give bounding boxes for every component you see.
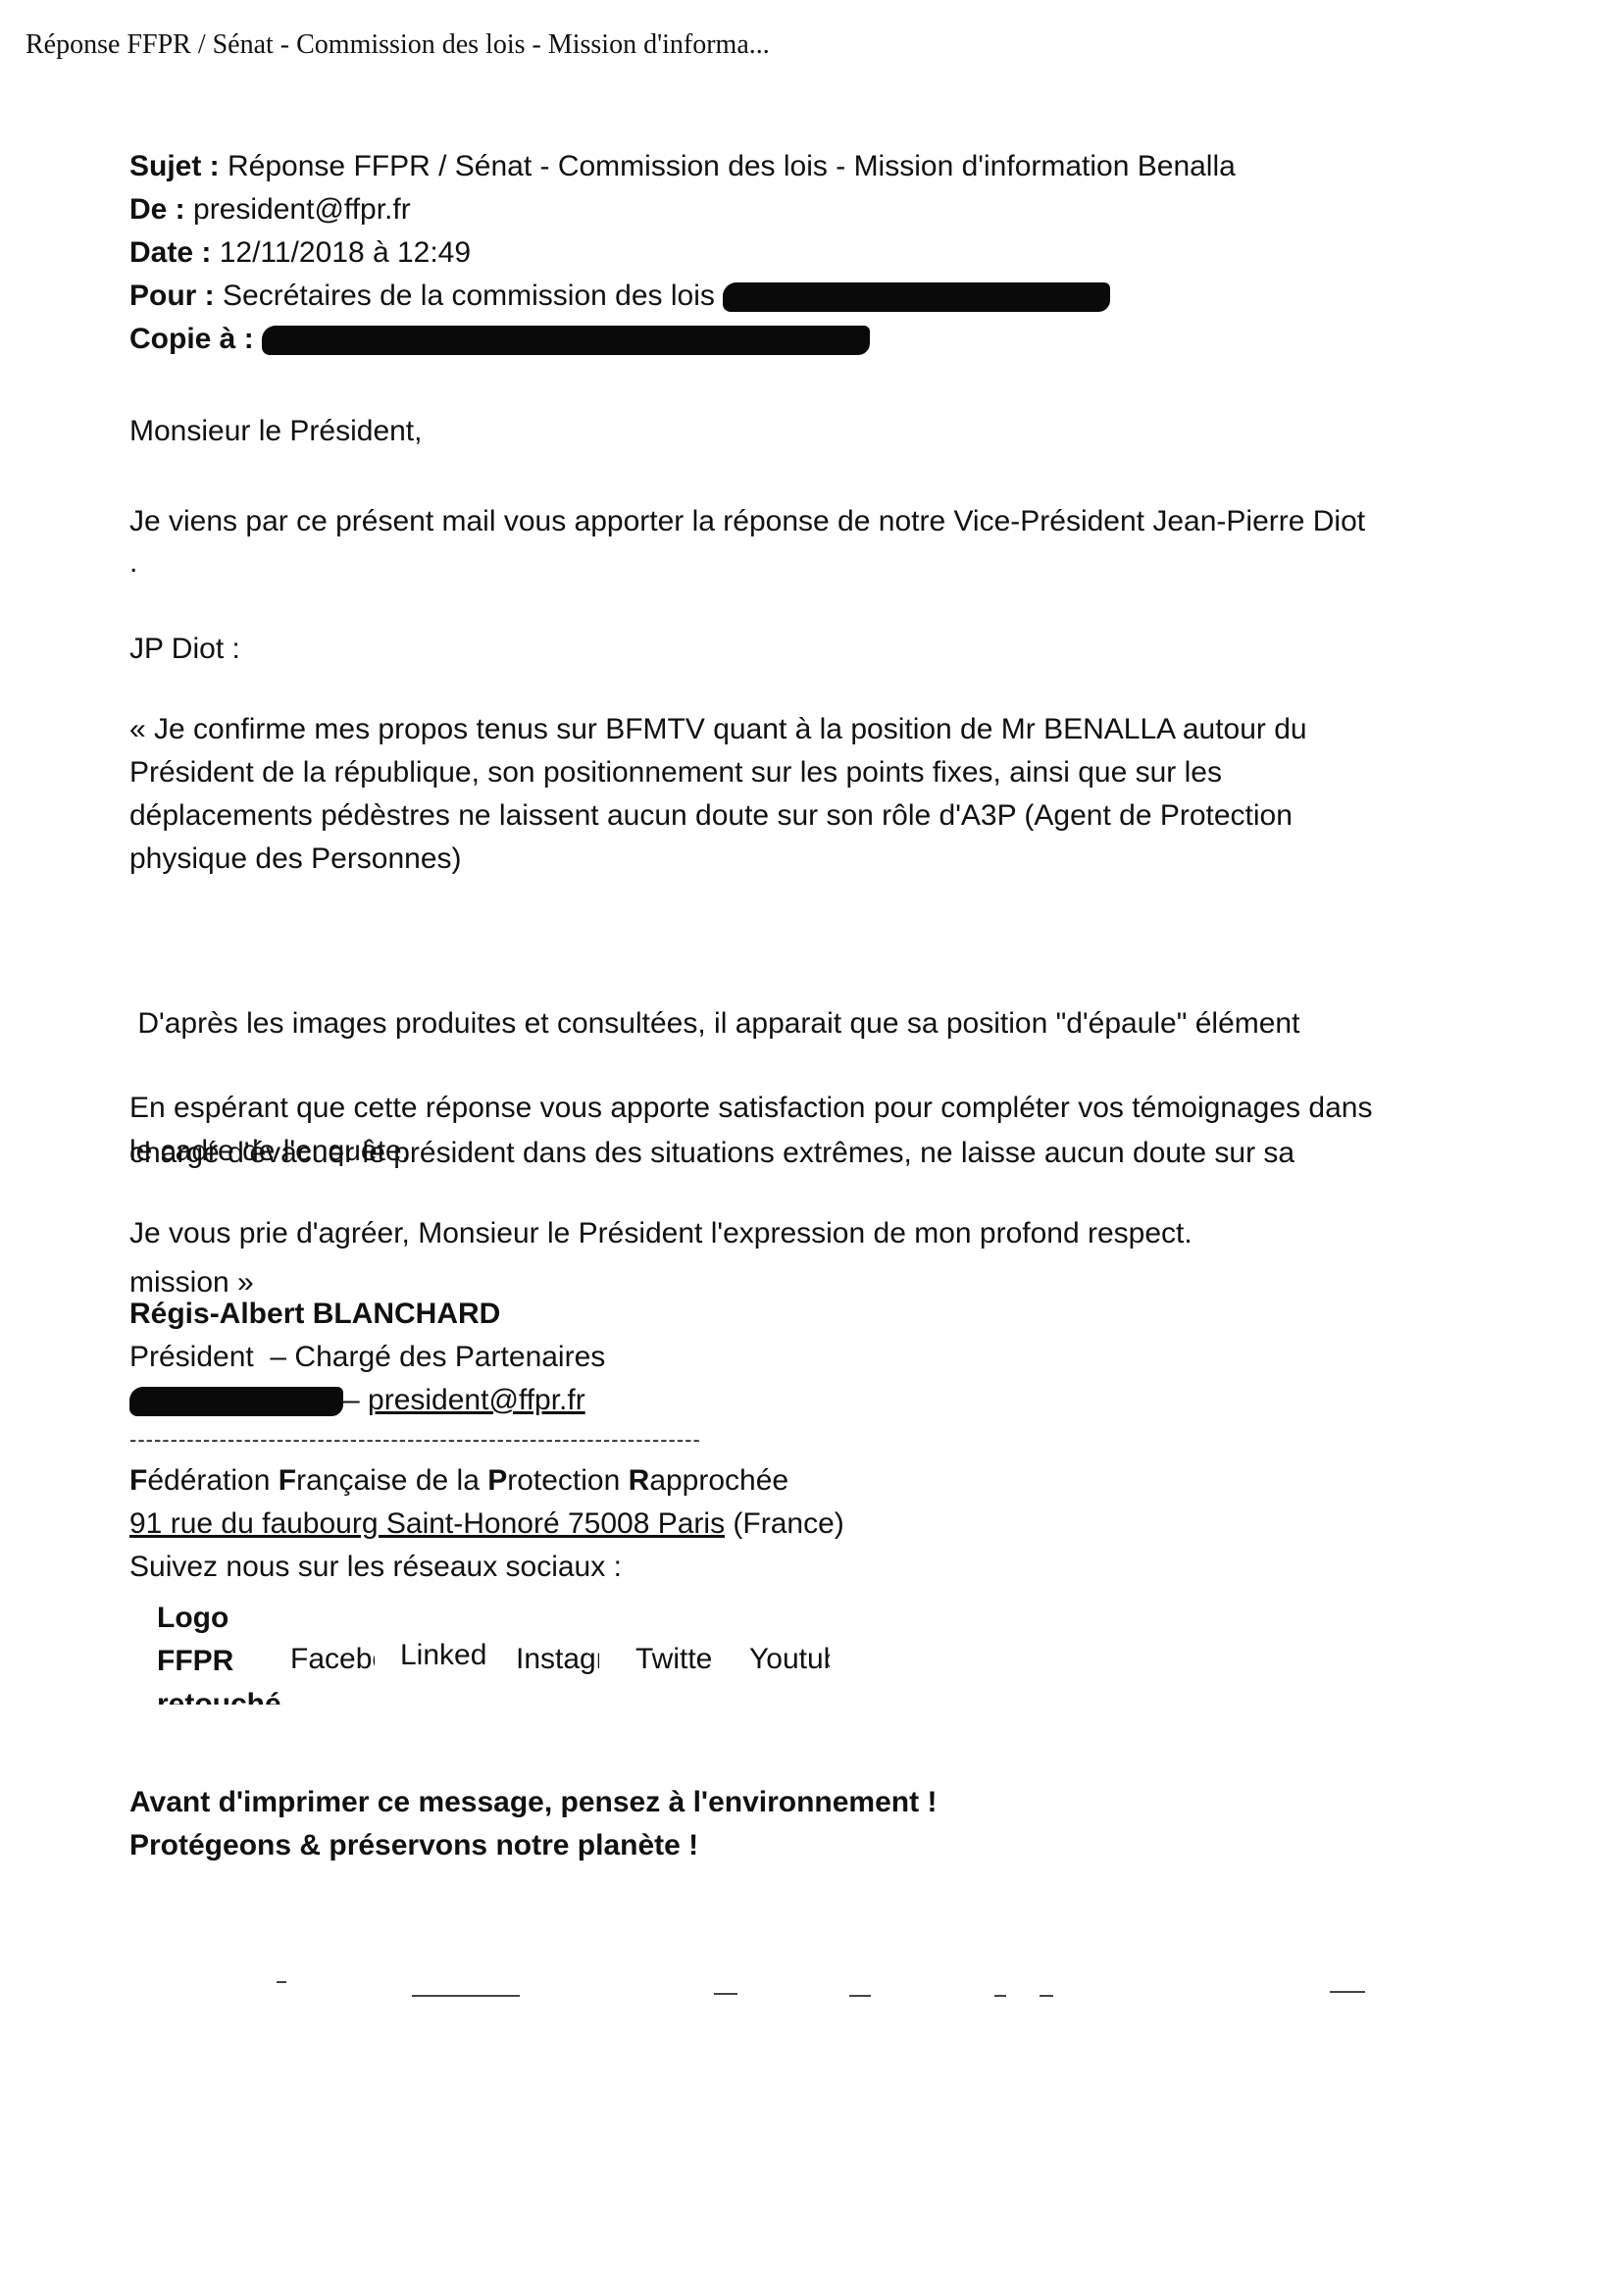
- to-label: Pour :: [129, 280, 215, 312]
- regards-line: Je vous prie d'agréer, Monsieur le Prési…: [129, 1212, 1502, 1255]
- closing-line: le cadre de l'enquête.: [129, 1130, 1502, 1173]
- organization-address: 91 rue du faubourg Saint-Honoré 75008 Pa…: [129, 1503, 1502, 1546]
- address-link[interactable]: 91 rue du faubourg Saint-Honoré 75008 Pa…: [129, 1507, 725, 1540]
- follow-us-label: Suivez nous sur les réseaux sociaux :: [129, 1546, 1502, 1589]
- organization-name: Fédération Française de la Protection Ra…: [129, 1459, 1502, 1503]
- scan-speck: [849, 1995, 871, 1997]
- intro-dot: .: [129, 541, 1502, 585]
- greeting: Monsieur le Président,: [129, 410, 1502, 453]
- twitter-link[interactable]: Twitter: [635, 1638, 714, 1681]
- scan-speck: [277, 1981, 286, 1983]
- org-text: rançaise de la: [296, 1464, 487, 1497]
- logo-alt-line: Logo: [157, 1597, 284, 1640]
- speaker-label: JP Diot :: [129, 628, 1502, 671]
- signature-email-link[interactable]: president@ffpr.fr: [368, 1384, 585, 1416]
- from-row: De : president@ffpr.fr: [129, 188, 1236, 231]
- quote-line: déplacements pédèstres ne laissent aucun…: [129, 794, 1502, 838]
- linkedin-link[interactable]: LinkedIn: [400, 1634, 488, 1677]
- facebook-link[interactable]: Facebook: [290, 1638, 375, 1681]
- redaction-block: [262, 326, 870, 355]
- intro-paragraph: Je viens par ce présent mail vous apport…: [129, 500, 1502, 543]
- email-header: Sujet : Réponse FFPR / Sénat - Commissio…: [129, 145, 1236, 361]
- to-row: Pour : Secrétaires de la commission des …: [129, 275, 1236, 318]
- scan-speck: [714, 1993, 737, 1995]
- signature-block: Régis-Albert BLANCHARD Président – Charg…: [129, 1293, 1502, 1422]
- redaction-block: [129, 1387, 343, 1416]
- date-value: 12/11/2018 à 12:49: [220, 236, 471, 269]
- org-text: approchée: [649, 1464, 788, 1497]
- eco-notice-line-1: Avant d'imprimer ce message, pensez à l'…: [129, 1781, 937, 1824]
- address-country: (France): [725, 1507, 844, 1540]
- org-initial: P: [487, 1464, 507, 1497]
- quote-paragraph-1: « Je confirme mes propos tenus sur BFMTV…: [129, 708, 1502, 881]
- signature-contact: – president@ffpr.fr: [129, 1379, 1502, 1422]
- org-text: édération: [147, 1464, 278, 1497]
- org-text: rotection: [507, 1464, 628, 1497]
- eco-notice-line-2: Protégeons & préservons notre planète !: [129, 1824, 698, 1867]
- quote-line: « Je confirme mes propos tenus sur BFMTV…: [129, 708, 1502, 751]
- subject-row: Sujet : Réponse FFPR / Sénat - Commissio…: [129, 145, 1236, 188]
- from-label: De :: [129, 193, 185, 226]
- scan-speck: [994, 1995, 1006, 1997]
- signature-name: Régis-Albert BLANCHARD: [129, 1298, 500, 1330]
- date-label: Date :: [129, 236, 211, 269]
- org-initial: F: [279, 1464, 296, 1497]
- redaction-block: [723, 282, 1110, 312]
- signature-divider: ----------------------------------------…: [129, 1418, 701, 1461]
- subject-label: Sujet :: [129, 150, 220, 182]
- subject-value: Réponse FFPR / Sénat - Commission des lo…: [228, 150, 1236, 182]
- org-initial: F: [129, 1464, 147, 1497]
- scan-speck: [1040, 1995, 1053, 1997]
- date-row: Date : 12/11/2018 à 12:49: [129, 231, 1236, 275]
- quote-line: physique des Personnes): [129, 838, 1502, 881]
- print-header-title: Réponse FFPR / Sénat - Commission des lo…: [25, 29, 770, 61]
- closing-line: En espérant que cette réponse vous appor…: [129, 1087, 1502, 1130]
- signature-role: Président – Chargé des Partenaires: [129, 1336, 1502, 1379]
- instagram-link[interactable]: Instagram: [516, 1638, 599, 1681]
- scan-speck: [1330, 1991, 1365, 1993]
- quote-line: D'après les images produites et consulté…: [129, 1002, 1502, 1045]
- logo-alt-line: retouché: [157, 1683, 284, 1705]
- logo-alt-line: FFPR: [157, 1640, 284, 1683]
- social-links-row: Logo FFPR retouché Facebook LinkedIn Ins…: [157, 1597, 1040, 1705]
- youtube-link[interactable]: Youtube: [749, 1638, 830, 1681]
- to-value: Secrétaires de la commission des lois: [223, 280, 715, 312]
- quote-line: Président de la république, son position…: [129, 751, 1502, 794]
- org-initial: R: [629, 1464, 650, 1497]
- closing-paragraph: En espérant que cette réponse vous appor…: [129, 1087, 1502, 1173]
- cc-label: Copie à :: [129, 323, 254, 355]
- scan-speck: [412, 1995, 520, 1997]
- ffpr-logo-alt: Logo FFPR retouché: [157, 1597, 284, 1705]
- from-value: president@ffpr.fr: [193, 193, 411, 226]
- cc-row: Copie à :: [129, 318, 1236, 361]
- contact-separator: –: [343, 1384, 360, 1416]
